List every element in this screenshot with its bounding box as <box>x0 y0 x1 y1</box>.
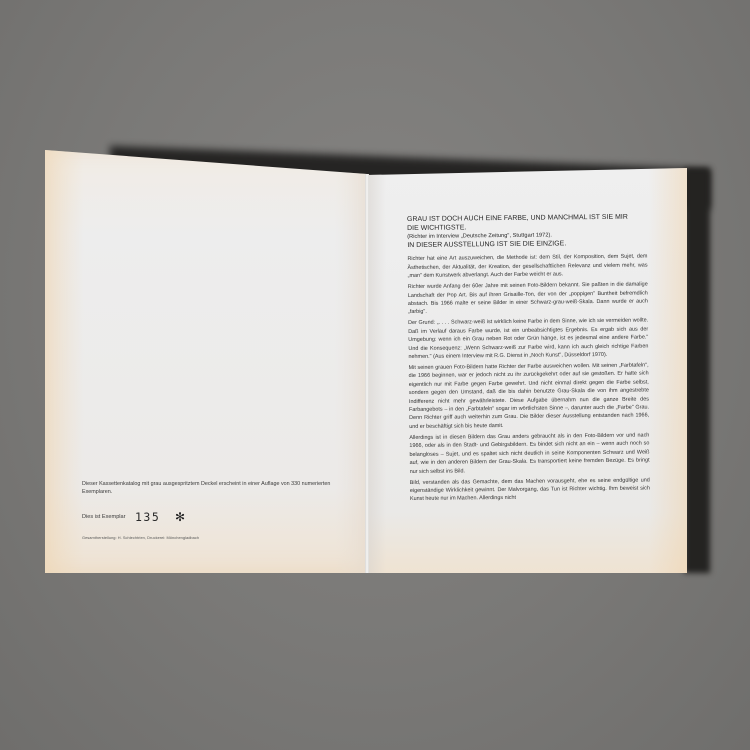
essay-paragraph: Richter wurde Anfang der 60er Jahre mit … <box>408 281 648 317</box>
essay-paragraph: Bild, verstanden als das Gemachte, dem d… <box>410 476 650 504</box>
open-catalogue: Dieser Kassettenkatalog mit grau ausgesp… <box>0 0 750 750</box>
essay-paragraph: Der Grund: „. . . . Schwarz-weiß ist wir… <box>408 317 648 362</box>
headline-quote: GRAU IST DOCH AUCH EINE FARBE, UND MANCH… <box>407 213 647 250</box>
asterisk-stamp-icon: ✻ <box>175 511 185 523</box>
production-credits: Gesamtherstellung: H. Schlechtrien, Druc… <box>82 535 332 540</box>
essay-paragraph: Allerdings ist in diesen Bildern das Gra… <box>409 431 649 476</box>
exemplar-label: Dies ist Exemplar <box>82 514 135 520</box>
exemplar-number: 135 <box>135 510 175 524</box>
essay-body: Richter hat eine Art auszuweichen, die M… <box>407 253 650 504</box>
page-fold <box>365 174 369 573</box>
colophon-text: Dieser Kassettenkatalog mit grau ausgesp… <box>82 480 332 497</box>
essay-paragraph: Richter hat eine Art auszuweichen, die M… <box>407 253 647 281</box>
essay-paragraph: Mit seinen grauen Foto-Bildern hatte Ric… <box>409 362 650 432</box>
exemplar-line: Dies ist Exemplar 135 ✻ <box>82 508 332 526</box>
essay-column: GRAU IST DOCH AUCH EINE FARBE, UND MANCH… <box>407 213 650 506</box>
headline-line-3: IN DIESER AUSSTELLUNG IST SIE DIE EINZIG… <box>407 239 647 250</box>
